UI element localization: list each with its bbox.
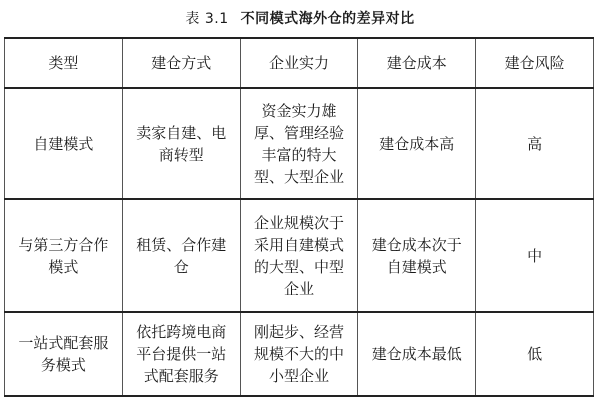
cell-strength: 资金实力雄厚、管理经验丰富的特大型、大型企业 [240, 88, 358, 199]
cell-method: 依托跨境电商平台提供一站式配套服务 [122, 312, 240, 396]
table-title: 不同模式海外仓的差异对比 [241, 11, 415, 27]
cell-type: 与第三方合作模式 [5, 199, 123, 312]
cell-cost: 建仓成本高 [358, 88, 476, 199]
cell-strength: 企业规模次于采用自建模式的大型、中型企业 [240, 199, 358, 312]
cell-type: 自建模式 [5, 88, 123, 199]
cell-cost: 建仓成本最低 [358, 312, 476, 396]
cell-strength: 刚起步、经营规模不大的中小型企业 [240, 312, 358, 396]
table-caption: 表 3.1不同模式海外仓的差异对比 [0, 8, 600, 28]
comparison-table: 类型 建仓方式 企业实力 建仓成本 建仓风险 自建模式 卖家自建、电商转型 资金… [4, 37, 594, 397]
header-cost: 建仓成本 [358, 38, 476, 88]
cell-type: 一站式配套服务模式 [5, 312, 123, 396]
table-row: 一站式配套服务模式 依托跨境电商平台提供一站式配套服务 刚起步、经营规模不大的中… [5, 312, 594, 396]
cell-cost: 建仓成本次于自建模式 [358, 199, 476, 312]
header-strength: 企业实力 [240, 38, 358, 88]
cell-risk: 低 [476, 312, 594, 396]
header-method: 建仓方式 [122, 38, 240, 88]
cell-risk: 中 [476, 199, 594, 312]
cell-method: 租赁、合作建仓 [122, 199, 240, 312]
header-risk: 建仓风险 [476, 38, 594, 88]
header-type: 类型 [5, 38, 123, 88]
cell-method: 卖家自建、电商转型 [122, 88, 240, 199]
table-row: 与第三方合作模式 租赁、合作建仓 企业规模次于采用自建模式的大型、中型企业 建仓… [5, 199, 594, 312]
table-row: 自建模式 卖家自建、电商转型 资金实力雄厚、管理经验丰富的特大型、大型企业 建仓… [5, 88, 594, 199]
cell-risk: 高 [476, 88, 594, 199]
header-row: 类型 建仓方式 企业实力 建仓成本 建仓风险 [5, 38, 594, 88]
table-number: 表 3.1 [185, 11, 228, 27]
